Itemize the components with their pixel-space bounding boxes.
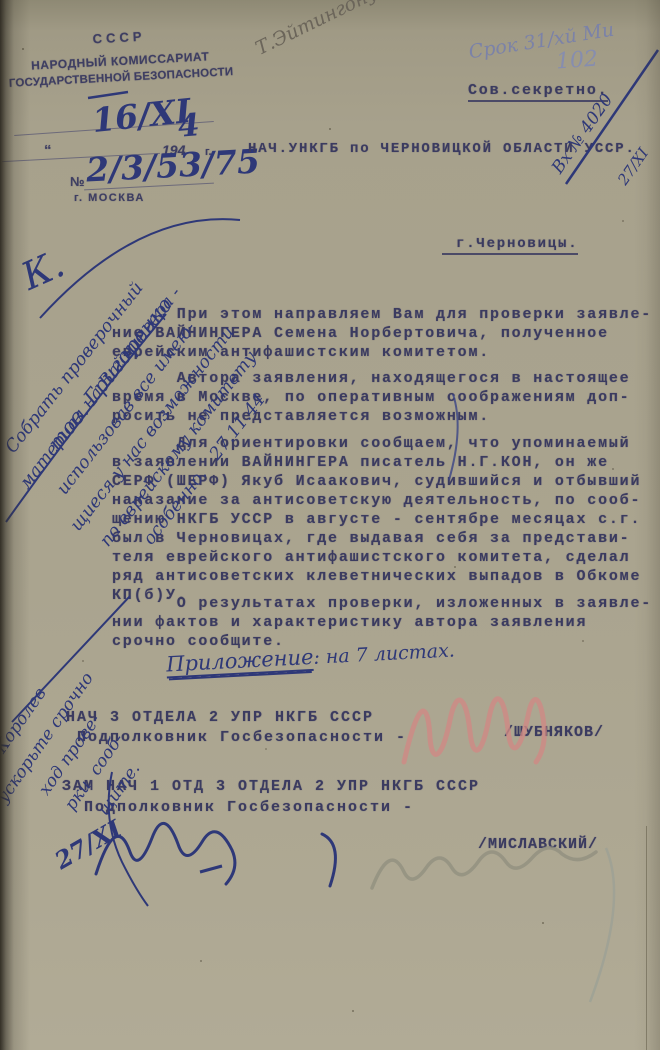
letterhead-country: СССР [0,24,239,52]
letterhead-number-label: № [70,174,85,189]
signature2-name: /МИСЛАВСКИЙ/ [478,836,598,853]
classification-stamp: Сов.секретно. [468,82,608,102]
page-number-note: 102 [555,47,599,75]
signature-mislavsky-tail [590,848,614,1002]
letterhead-city: г. МОСКВА [74,192,145,204]
signature1-name: /ШУБНЯКОВ/ [504,724,604,741]
handwritten-year: 4 [176,107,201,145]
letterhead-quote: “ [44,142,52,159]
margin-k-mark: К. [15,241,71,298]
incoming-stamp-number: Вх № 4020 [548,90,617,177]
signature-mislavsky-graphite [372,848,596,888]
place-line: г.Черновицы. [442,236,578,255]
letterhead: СССР НАРОДНЫЙ КОМИССАРИАТ ГОСУДАРСТВЕННО… [0,24,241,90]
signature-dash-bottom-left [200,866,222,872]
paper-edge-line [646,826,647,1050]
attachment-detail: : на 7 листах. [313,639,455,668]
addressee-line: НАЧ.УНКГБ по ЧЕРНОВИЦКОЙ ОБЛАСТИ УССР. [248,141,636,157]
document-page: СССР НАРОДНЫЙ КОМИССАРИАТ ГОСУДАРСТВЕННО… [0,0,660,1050]
handwritten-number: 2/3/53/75 [85,141,261,189]
pencil-note: Т.Эйтингону [252,0,381,60]
signature-flourish-bottom-left [322,834,335,886]
